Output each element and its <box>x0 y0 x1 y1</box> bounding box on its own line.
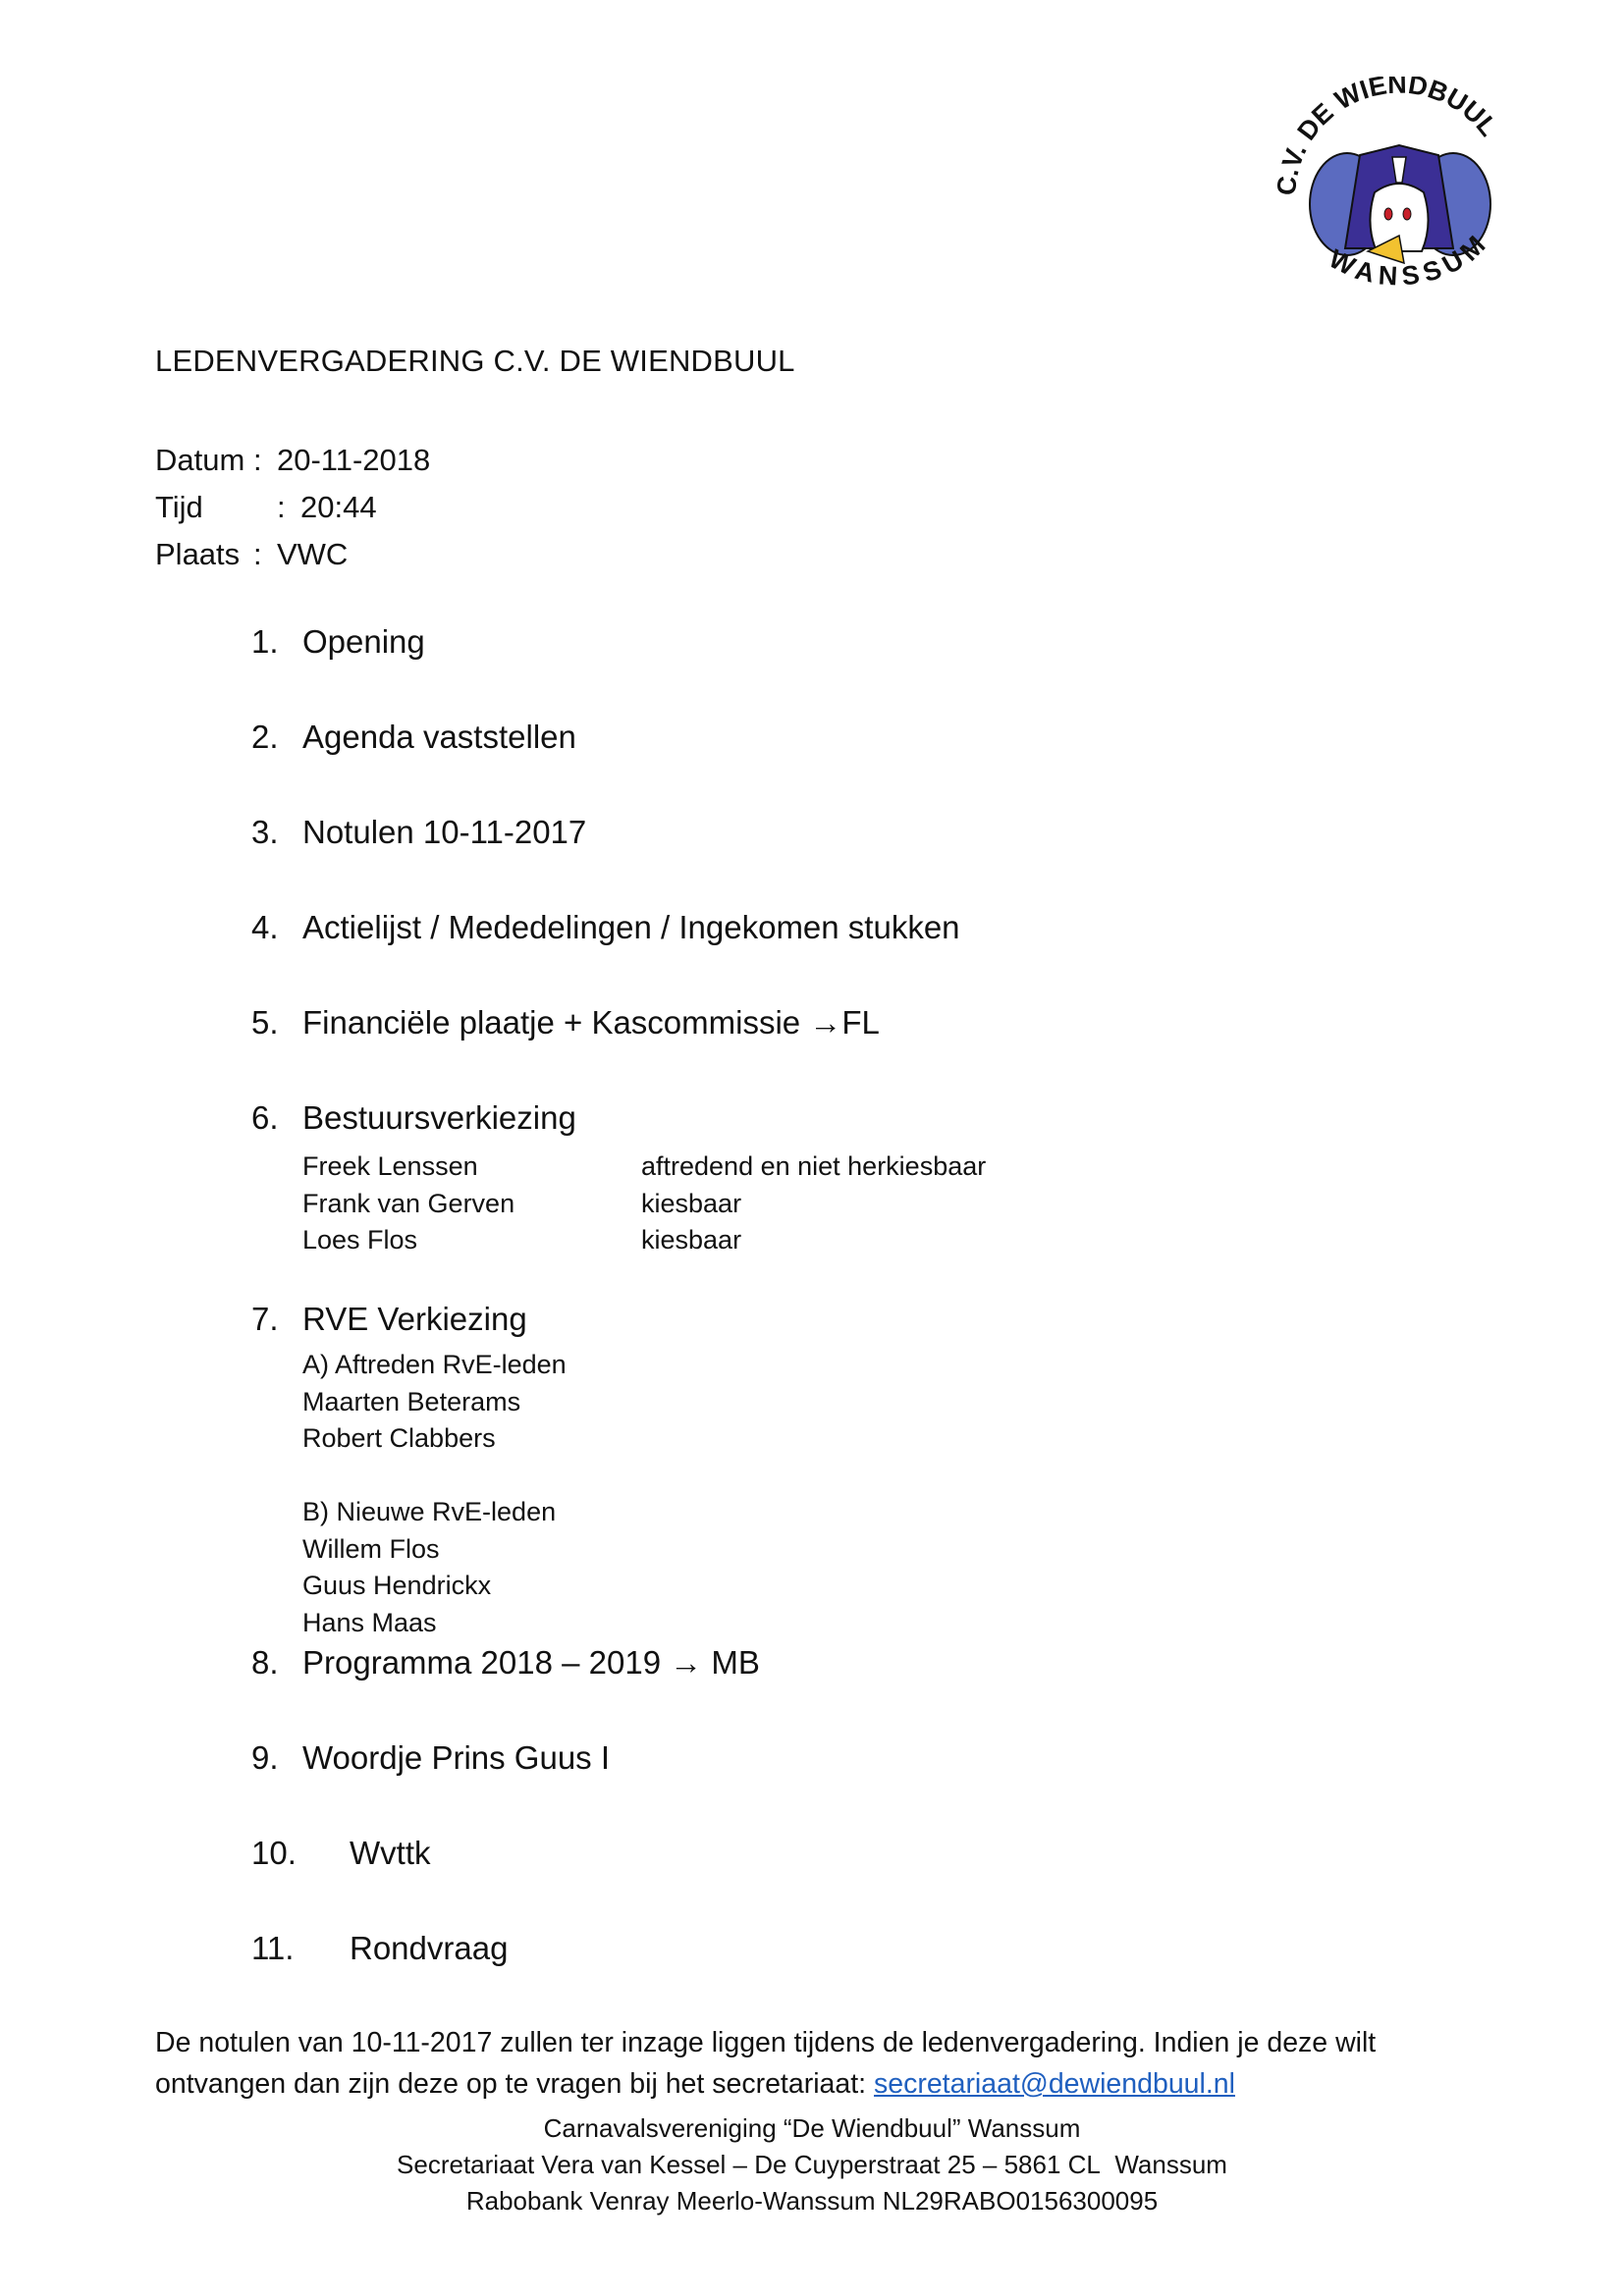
candidate-row: Frank van Gerven kiesbaar <box>302 1186 986 1223</box>
rve-member: Guus Hendrickx <box>302 1568 567 1605</box>
candidate-row: Freek Lenssen aftredend en niet herkiesb… <box>302 1148 986 1186</box>
meta-time: Tijd : 20:44 <box>155 484 430 531</box>
meta-date: Datum : 20-11-2018 <box>155 437 430 484</box>
footer-line-address: Secretariaat Vera van Kessel – De Cuyper… <box>0 2147 1624 2183</box>
agenda-item: 3. Notulen 10-11-2017 <box>251 814 586 851</box>
meta-value: 20-11-2018 <box>277 437 430 484</box>
agenda-item: 4. Actielijst / Mededelingen / Ingekomen… <box>251 909 960 946</box>
rve-member: Hans Maas <box>302 1605 567 1642</box>
meta-label: Plaats <box>155 531 253 578</box>
meta-label: Tijd <box>155 484 253 531</box>
agenda-item: 1. Opening <box>251 623 425 661</box>
secretariat-email-link[interactable]: secretariaat@dewiendbuul.nl <box>874 2068 1235 2100</box>
rve-member: Maarten Beterams <box>302 1384 567 1421</box>
letterhead-footer: Carnavalsvereniging “De Wiendbuul” Wanss… <box>0 2110 1624 2219</box>
rve-b-heading: B) Nieuwe RvE-leden <box>302 1494 567 1531</box>
wiendbuul-ghost-logo-icon: C.V. DE WIENDBUUL WANSSUM <box>1267 77 1532 312</box>
rve-members: A) Aftreden RvE-leden Maarten Beterams R… <box>302 1347 567 1641</box>
agenda-item: 2. Agenda vaststellen <box>251 719 576 756</box>
rve-member: Robert Clabbers <box>302 1420 567 1458</box>
agenda-item: 11. Rondvraag <box>251 1930 508 1967</box>
agenda-item-rve-verkiezing: 7. RVE Verkiezing <box>251 1301 527 1338</box>
agenda-item: 8. Programma 2018 – 2019 → MB <box>251 1644 760 1682</box>
meta-place: Plaats : VWC <box>155 531 430 578</box>
meeting-details: Datum : 20-11-2018 Tijd : 20:44 Plaats :… <box>155 437 430 578</box>
agenda-item: 5. Financiële plaatje + Kascommissie →FL <box>251 1004 880 1041</box>
bestuur-candidates: Freek Lenssen aftredend en niet herkiesb… <box>302 1148 986 1259</box>
club-logo: C.V. DE WIENDBUUL WANSSUM <box>1267 77 1532 312</box>
meta-value: VWC <box>277 531 348 578</box>
agenda-item: 9. Woordje Prins Guus I <box>251 1739 610 1777</box>
candidate-row: Loes Flos kiesbaar <box>302 1222 986 1259</box>
document-title: LEDENVERGADERING C.V. DE WIENDBUUL <box>155 344 795 379</box>
rve-member: Willem Flos <box>302 1531 567 1569</box>
footer-line-bank: Rabobank Venray Meerlo-Wanssum NL29RABO0… <box>0 2183 1624 2219</box>
agenda-item: 10. Wvttk <box>251 1835 430 1872</box>
footer-line-club: Carnavalsvereniging “De Wiendbuul” Wanss… <box>0 2110 1624 2147</box>
meta-label: Datum <box>155 437 253 484</box>
meta-value: 20:44 <box>300 484 377 531</box>
rve-a-heading: A) Aftreden RvE-leden <box>302 1347 567 1384</box>
minutes-notice: De notulen van 10-11-2017 zullen ter inz… <box>155 2022 1549 2105</box>
agenda-item-bestuursverkiezing: 6. Bestuursverkiezing <box>251 1099 576 1137</box>
